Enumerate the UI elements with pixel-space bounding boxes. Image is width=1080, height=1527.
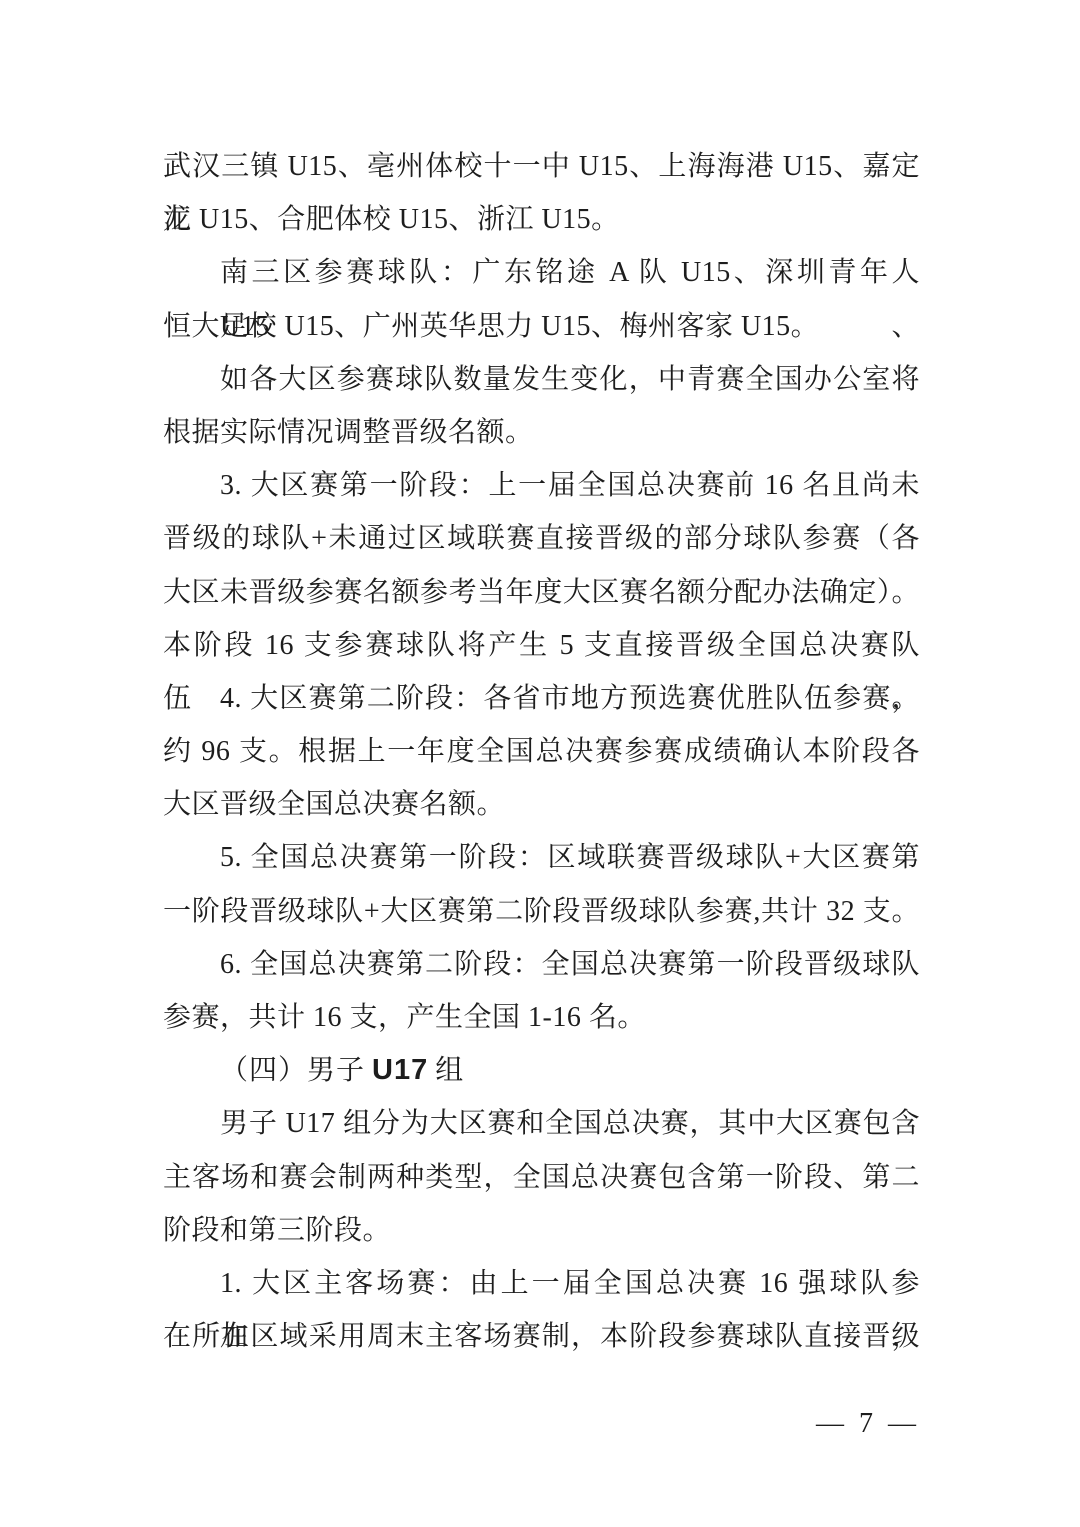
text-line: 一阶段晋级球队+大区赛第二阶段晋级球队参赛,共计 32 支。 — [163, 885, 920, 938]
text-line: 1. 大区主客场赛：由上一届全国总决赛 16 强球队参加， — [163, 1257, 920, 1310]
text-line: 5. 全国总决赛第一阶段：区域联赛晋级球队+大区赛第 — [163, 831, 920, 884]
text-line: 参赛，共计 16 支，产生全国 1-16 名。 — [163, 991, 920, 1044]
text-line: 主客场和赛会制两种类型，全国总决赛包含第一阶段、第二 — [163, 1151, 920, 1204]
text-line: 恒大足校 U15、广州英华思力 U15、梅州客家 U15。 — [163, 300, 920, 353]
text-line: 6. 全国总决赛第二阶段：全国总决赛第一阶段晋级球队 — [163, 938, 920, 991]
text-line: 龙 U15、合肥体校 U15、浙江 U15。 — [163, 193, 920, 246]
text-line: 大区晋级全国总决赛名额。 — [163, 778, 920, 831]
heading-suffix: 组 — [435, 1055, 464, 1086]
heading-latin: U17 — [372, 1054, 428, 1086]
text-line: 本阶段 16 支参赛球队将产生 5 支直接晋级全国总决赛队伍。 — [163, 619, 920, 672]
text-line: 在所在区域采用周末主客场赛制，本阶段参赛球队直接晋级 — [163, 1310, 920, 1363]
section-heading-u17: （四）男子U17组 — [163, 1044, 920, 1097]
text-line: 南三区参赛球队：广东铭途 A 队 U15、深圳青年人 U15、 — [163, 246, 920, 299]
document-page: 武汉三镇 U15、亳州体校十一中 U15、上海海港 U15、嘉定汇 龙 U15、… — [0, 0, 1080, 1527]
text-line: 根据实际情况调整晋级名额。 — [163, 406, 920, 459]
text-block: 武汉三镇 U15、亳州体校十一中 U15、上海海港 U15、嘉定汇 龙 U15、… — [163, 140, 920, 1363]
text-line: 男子 U17 组分为大区赛和全国总决赛，其中大区赛包含 — [163, 1097, 920, 1150]
text-line: 晋级的球队+未通过区域联赛直接晋级的部分球队参赛（各 — [163, 512, 920, 565]
heading-prefix: （四）男子 — [220, 1055, 365, 1086]
text-line: 约 96 支。根据上一年度全国总决赛参赛成绩确认本阶段各 — [163, 725, 920, 778]
text-line: 阶段和第三阶段。 — [163, 1204, 920, 1257]
text-line: 武汉三镇 U15、亳州体校十一中 U15、上海海港 U15、嘉定汇 — [163, 140, 920, 193]
text-line: 3. 大区赛第一阶段：上一届全国总决赛前 16 名且尚未 — [163, 459, 920, 512]
page-number: — 7 — — [163, 1408, 920, 1440]
text-line: 如各大区参赛球队数量发生变化，中青赛全国办公室将 — [163, 353, 920, 406]
text-line: 大区未晋级参赛名额参考当年度大区赛名额分配办法确定）。 — [163, 566, 920, 619]
text-line: 4. 大区赛第二阶段：各省市地方预选赛优胜队伍参赛， — [163, 672, 920, 725]
